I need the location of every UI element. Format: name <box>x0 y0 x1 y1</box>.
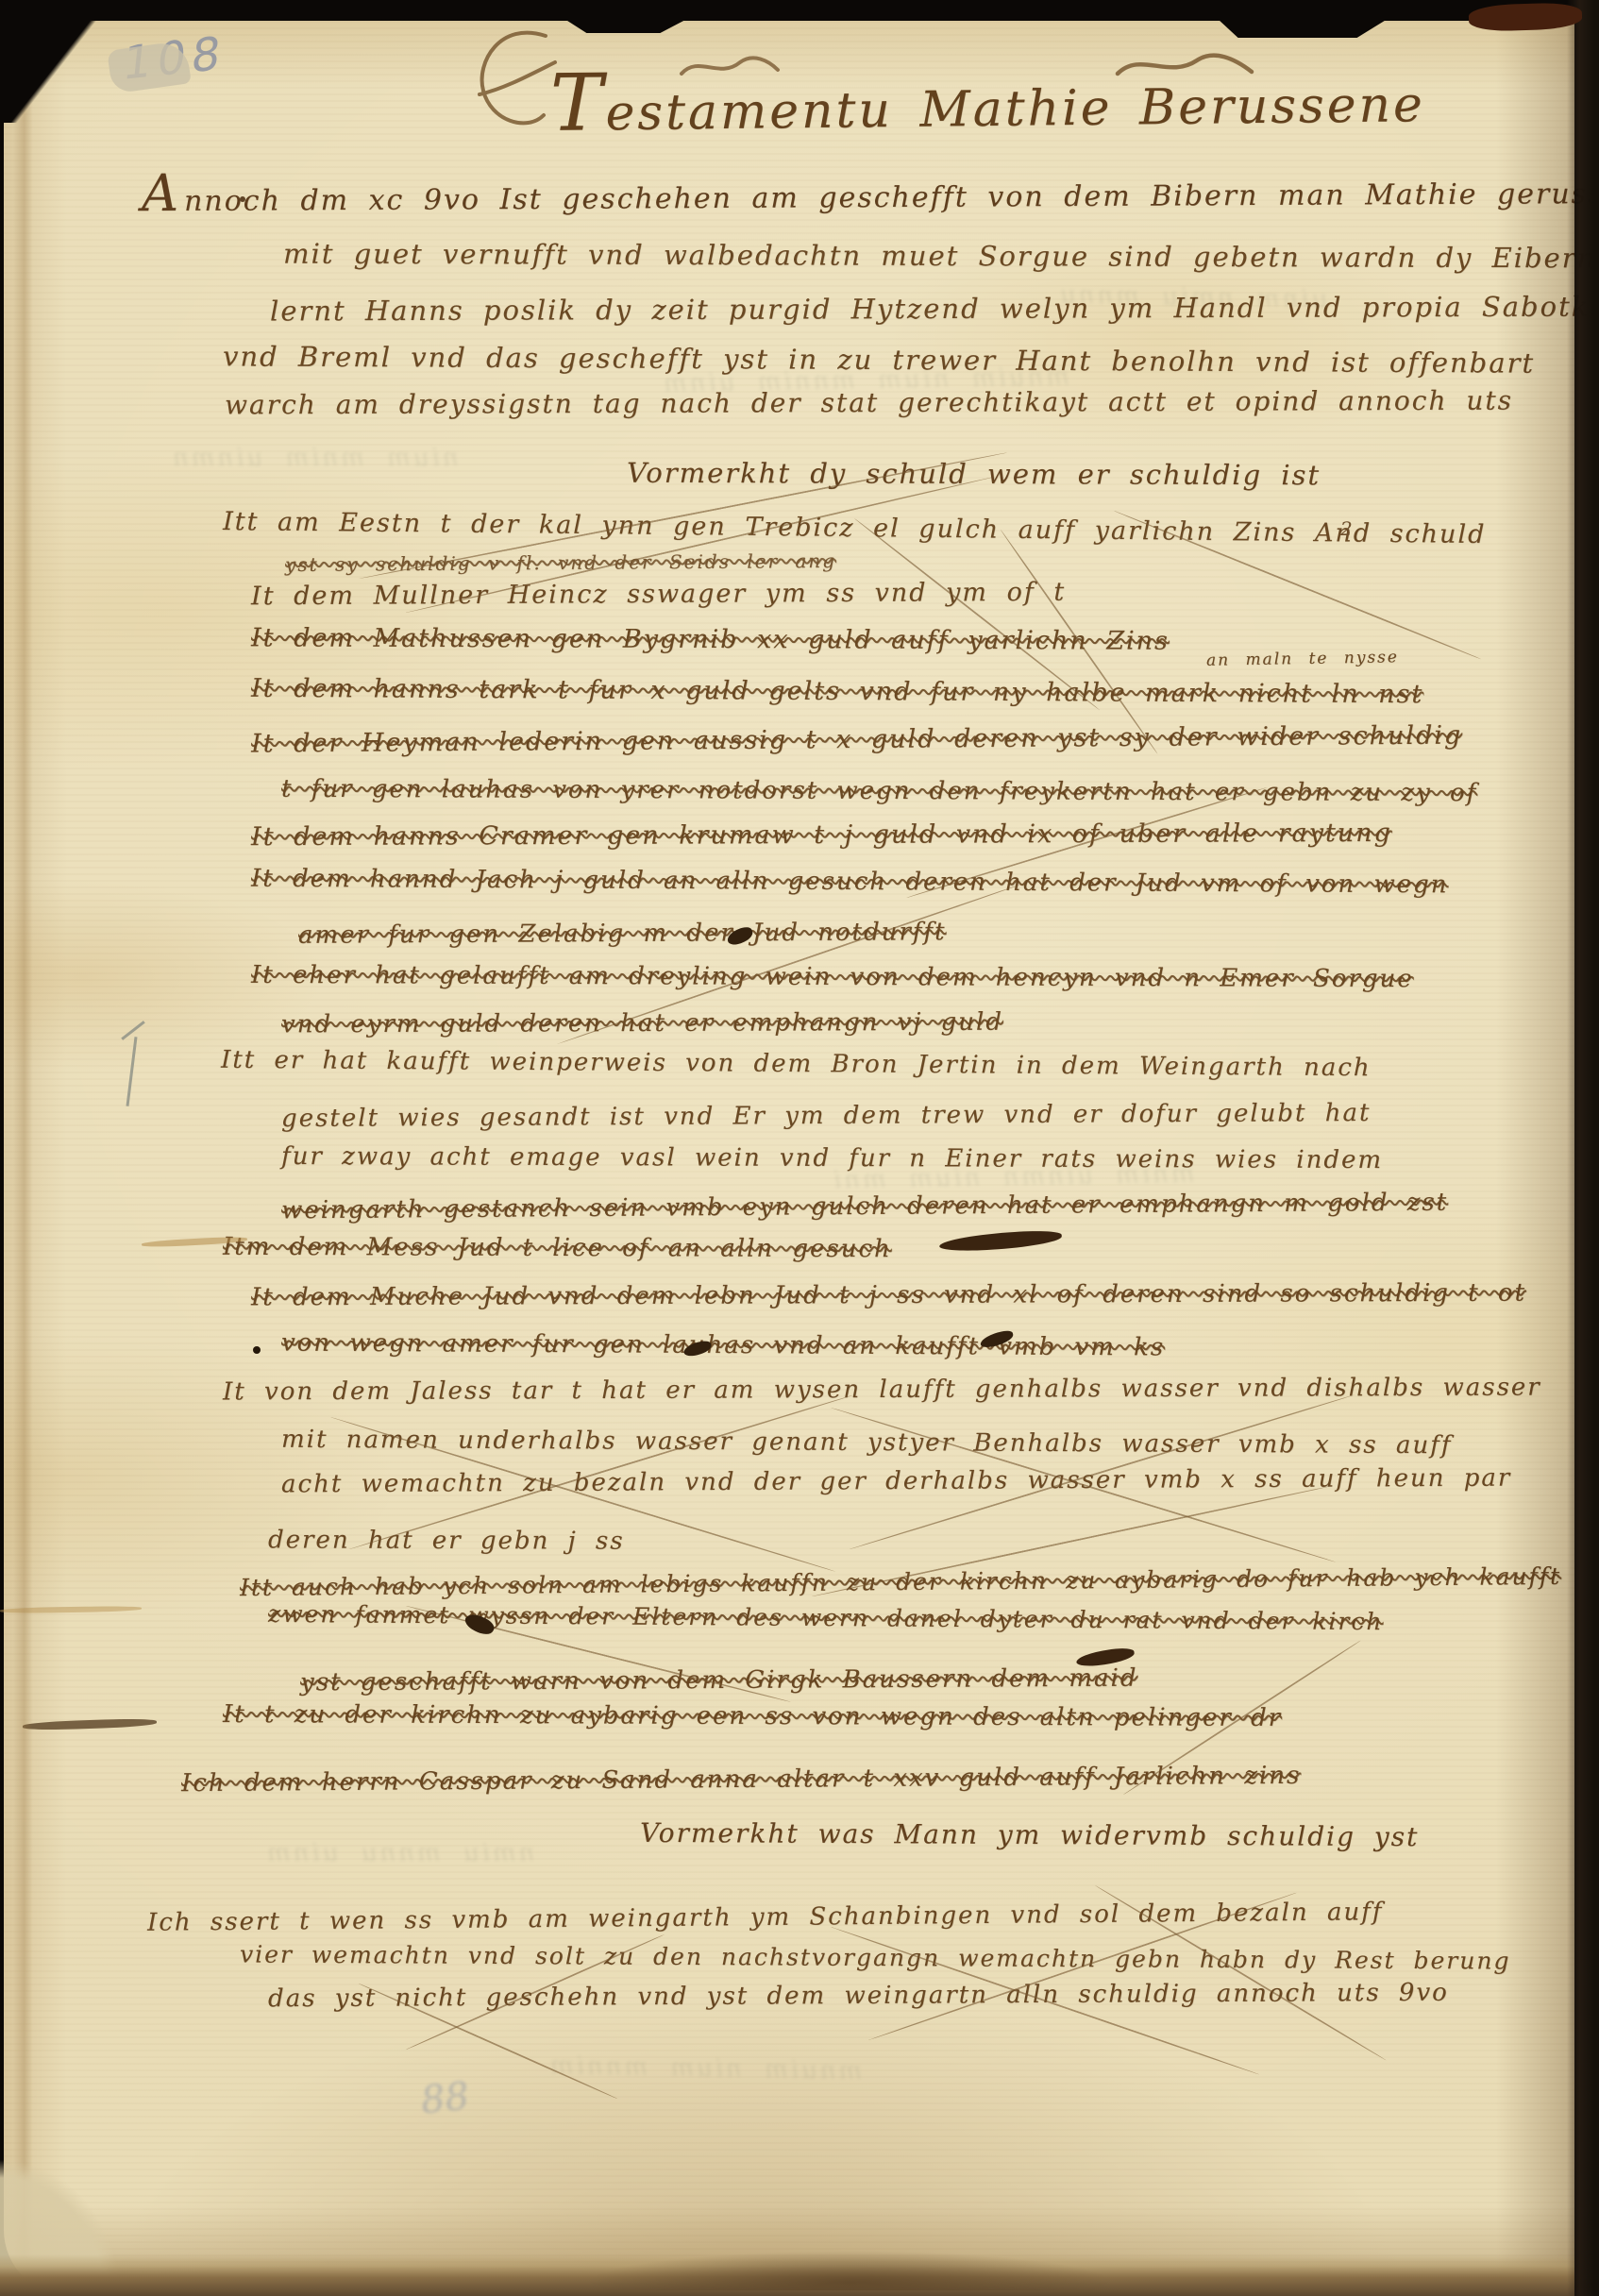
bleed-through-text: nium mnim uinmn <box>170 444 459 472</box>
bleed-through-text: mnuim nium mnnim <box>547 2051 863 2085</box>
manuscript-line: lernt Hanns poslik dy zeit purgid Hytzen… <box>270 293 1599 326</box>
item-line: fur zway acht emage vasl wein vnd fur n … <box>281 1144 1383 1173</box>
section-heading-debts-receivable: Vormerkht was Mann ym widervmb schuldig … <box>640 1819 1419 1851</box>
page-title: Testamentu Mathie Berussene <box>550 71 1425 140</box>
bleed-through-number: 88 <box>419 2074 471 2122</box>
item-line: It von dem Jaless tar t hat er am wysen … <box>223 1376 1541 1406</box>
manuscript-line: das yst nicht geschehn vnd yst dem weing… <box>268 1981 1449 2013</box>
superscript-mark: 2 <box>1340 517 1353 540</box>
item-line: It dem hanns Cramer gen krumaw t j guld … <box>251 820 1392 852</box>
item-line: It t zu der kirchn zu aybarig een ss von… <box>223 1702 1282 1731</box>
item-line: yst geschafft warn von dem Girgk Bausser… <box>300 1666 1138 1697</box>
bottom-edge-stain <box>585 2251 1114 2290</box>
item-line: It dem Mullner Heincz sswager ym ss vnd … <box>251 580 1066 611</box>
interlinear-note: an maln te nysse <box>1206 650 1399 669</box>
book-spine-edge <box>1567 0 1599 2296</box>
item-line: It dem hanns tark t fur x guld gelts vnd… <box>251 676 1423 709</box>
margin-dot <box>240 196 245 202</box>
item-line: It dem Mathussen gen Bygrnib xx guld auf… <box>251 625 1170 655</box>
item-line: Itm dem Mess Jud t lice of an alln gesuc… <box>223 1235 892 1263</box>
manuscript-line: Annoch dm xc 9vo Ist geschehen am gesche… <box>142 172 1599 217</box>
manuscript-photo: mnuim nium mnnim uinm nium mnim uinmn ui… <box>0 0 1599 2296</box>
manuscript-line: mit guet vernufft vnd walbedachtn muet S… <box>283 240 1596 273</box>
interlinear-item-line: yst sy schuldig v fl. vnd der Seids ler … <box>285 551 836 575</box>
item-line: It dem Muche Jud vnd dem lebn Jud t j ss… <box>251 1281 1526 1311</box>
binding-crease <box>13 28 38 2258</box>
section-heading-debts-owed: Vormerkht dy schuld wem er schuldig ist <box>627 459 1321 490</box>
item-line: It eher hat gelaufft am dreyling wein vo… <box>251 963 1414 993</box>
manuscript-line: warch am dreyssigstn tag nach der stat g… <box>225 387 1513 419</box>
item-line: acht wemachtn zu bezaln vnd der ger derh… <box>281 1466 1511 1498</box>
item-line: It dem hannd Jach j guld an alln gesuch … <box>251 867 1449 899</box>
margin-dot <box>253 1346 261 1354</box>
bleed-through-text: nmiu mnnu uinm <box>264 1839 534 1867</box>
item-line: amer fur gen Zelabig m der Jud notdurfft <box>298 920 947 949</box>
item-line: von wegn amer fur gen lauhas vnd an kauf… <box>281 1331 1165 1361</box>
item-line: gestelt wies gesandt ist vnd Er ym dem t… <box>281 1101 1372 1132</box>
item-line: t fur gen lauhas von yrer notdorst wegn … <box>281 777 1477 807</box>
manuscript-line: vnd Breml vnd das geschefft yst in zu tr… <box>223 342 1535 378</box>
item-line: deren hat er gebn j ss <box>268 1528 625 1555</box>
